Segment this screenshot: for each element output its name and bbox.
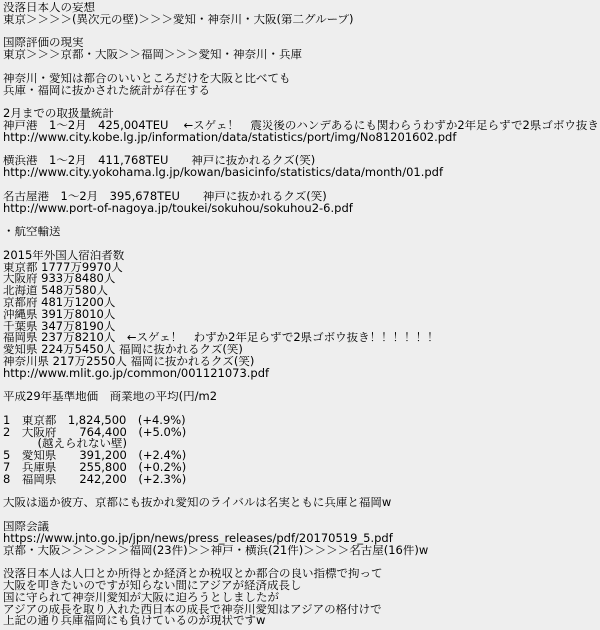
blank-line <box>3 179 600 191</box>
text-line: 沖縄県 391万8010人 <box>3 309 600 321</box>
text-line: 東京都 1777万9970人 <box>3 262 600 274</box>
text-line: 福岡県 237万8210人 ←スゲェ！ わずか2年足らずで2県ゴボウ抜き！！！！… <box>3 332 600 344</box>
text-line: 8 福岡県 242,200 (+2.3%) <box>3 474 600 486</box>
text-line: https://www.jnto.go.jp/jpn/news/press_re… <box>3 533 600 545</box>
blank-line <box>3 403 600 415</box>
text-line: 北海道 548万580人 <box>3 285 600 297</box>
text-line: 大阪は遥か彼方、京都にも抜かれ愛知のライバルは名実ともに兵庫と福岡w <box>3 497 600 509</box>
text-line: 大阪府 933万8480人 <box>3 273 600 285</box>
blank-line <box>3 214 600 226</box>
text-line: 2015年外国人宿泊者数 <box>3 250 600 262</box>
text-line: ・航空輸送 <box>3 226 600 238</box>
text-line: 大阪を叩きたいのですが知らない間にアジアが経済成長し <box>3 580 600 592</box>
text-line: 名古屋港 1～2月 395,678TEU 神戸に抜かれるクズ(笑) <box>3 191 600 203</box>
blank-line <box>3 61 600 73</box>
text-line: 東京＞＞＞＞(異次元の壁)＞＞＞愛知・神奈川・大阪(第二グループ) <box>3 14 600 26</box>
text-line: (越えられない壁) <box>3 438 600 450</box>
text-line: http://www.port-of-nagoya.jp/toukei/soku… <box>3 203 600 215</box>
text-line: http://www.city.yokohama.lg.jp/kowan/bas… <box>3 167 600 179</box>
text-line: 横浜港 1～2月 411,768TEU 神戸に抜かれるクズ(笑) <box>3 155 600 167</box>
blank-line <box>3 380 600 392</box>
text-line: 京都府 481万1200人 <box>3 297 600 309</box>
text-line: 神奈川・愛知は都合のいいところだけを大阪と比べても <box>3 73 600 85</box>
text-line: 2月までの取扱量統計 <box>3 108 600 120</box>
text-line: 国に守られて神奈川愛知が大阪に迫ろうとしましたが <box>3 592 600 604</box>
blank-line <box>3 238 600 250</box>
blank-line <box>3 26 600 38</box>
blank-line <box>3 486 600 498</box>
text-line: 京都・大阪＞＞＞＞＞＞福岡(23件)＞＞神戸・横浜(21件)＞＞＞＞名古屋(16… <box>3 545 600 557</box>
text-line: 2 大阪府 764,400 (+5.0%) <box>3 427 600 439</box>
text-line: 7 兵庫県 255,800 (+0.2%) <box>3 462 600 474</box>
text-line: 兵庫・福岡に抜かされた統計が存在する <box>3 85 600 97</box>
text-line: アジアの成長を取り入れた西日本の成長で神奈川愛知はアジアの格付けで <box>3 604 600 616</box>
blank-line <box>3 509 600 521</box>
blank-line <box>3 96 600 108</box>
forum-post-text: 没落日本人の妄想東京＞＞＞＞(異次元の壁)＞＞＞愛知・神奈川・大阪(第二グループ… <box>0 0 600 630</box>
blank-line <box>3 144 600 156</box>
text-line: 千葉県 347万8190人 <box>3 321 600 333</box>
text-line: 国際会議 <box>3 521 600 533</box>
text-line: 神奈川県 217万2550人 福岡に抜かれるクズ(笑) <box>3 356 600 368</box>
text-line: 5 愛知県 391,200 (+2.4%) <box>3 450 600 462</box>
text-line: 没落日本人は人口とか所得とか経済とか税収とか都合の良い指標で拘って <box>3 568 600 580</box>
text-line: http://www.mlit.go.jp/common/001121073.p… <box>3 368 600 380</box>
text-line: http://www.city.kobe.lg.jp/information/d… <box>3 132 600 144</box>
text-line: 平成29年基準地価 商業地の平均(円/m2 <box>3 391 600 403</box>
text-line: 国際評価の現実 <box>3 37 600 49</box>
blank-line <box>3 556 600 568</box>
text-line: 1 東京都 1,824,500 (+4.9%) <box>3 415 600 427</box>
text-line: 東京＞＞＞京都・大阪＞＞福岡＞＞＞愛知・神奈川・兵庫 <box>3 49 600 61</box>
text-line: 愛知県 224万5450人 福岡に抜かれるクズ(笑) <box>3 344 600 356</box>
text-line: 没落日本人の妄想 <box>3 2 600 14</box>
text-line: 神戸港 1～2月 425,004TEU ←スゲェ！ 震災後のハンデあるにも関わら… <box>3 120 600 132</box>
text-line: 上記の通り兵庫福岡にも負けているのが現状ですw <box>3 615 600 627</box>
